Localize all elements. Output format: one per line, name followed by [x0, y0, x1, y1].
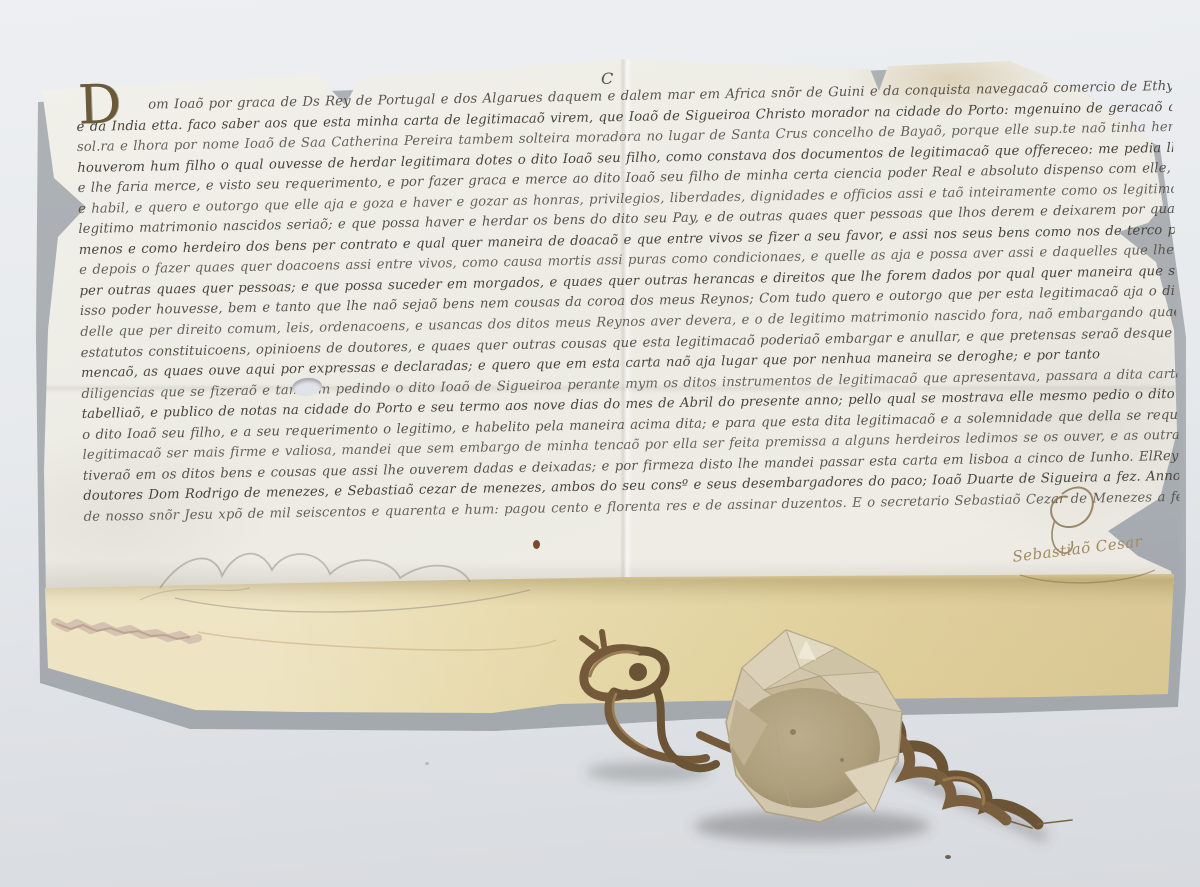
- photograph-scene: om Ioaõ por graca de Ds Rey de Portugal …: [0, 0, 1200, 887]
- ribbon-left: [582, 632, 740, 768]
- dust-speck: [425, 762, 429, 765]
- ink-droplet: [533, 540, 540, 549]
- dust-speck: [945, 855, 951, 859]
- fold-tear-mark: [55, 622, 198, 640]
- detail-overlay: [0, 0, 1200, 887]
- left-signature-flourish: [140, 554, 530, 612]
- wax-seal: [726, 630, 902, 822]
- fold-crease-line: [198, 632, 556, 650]
